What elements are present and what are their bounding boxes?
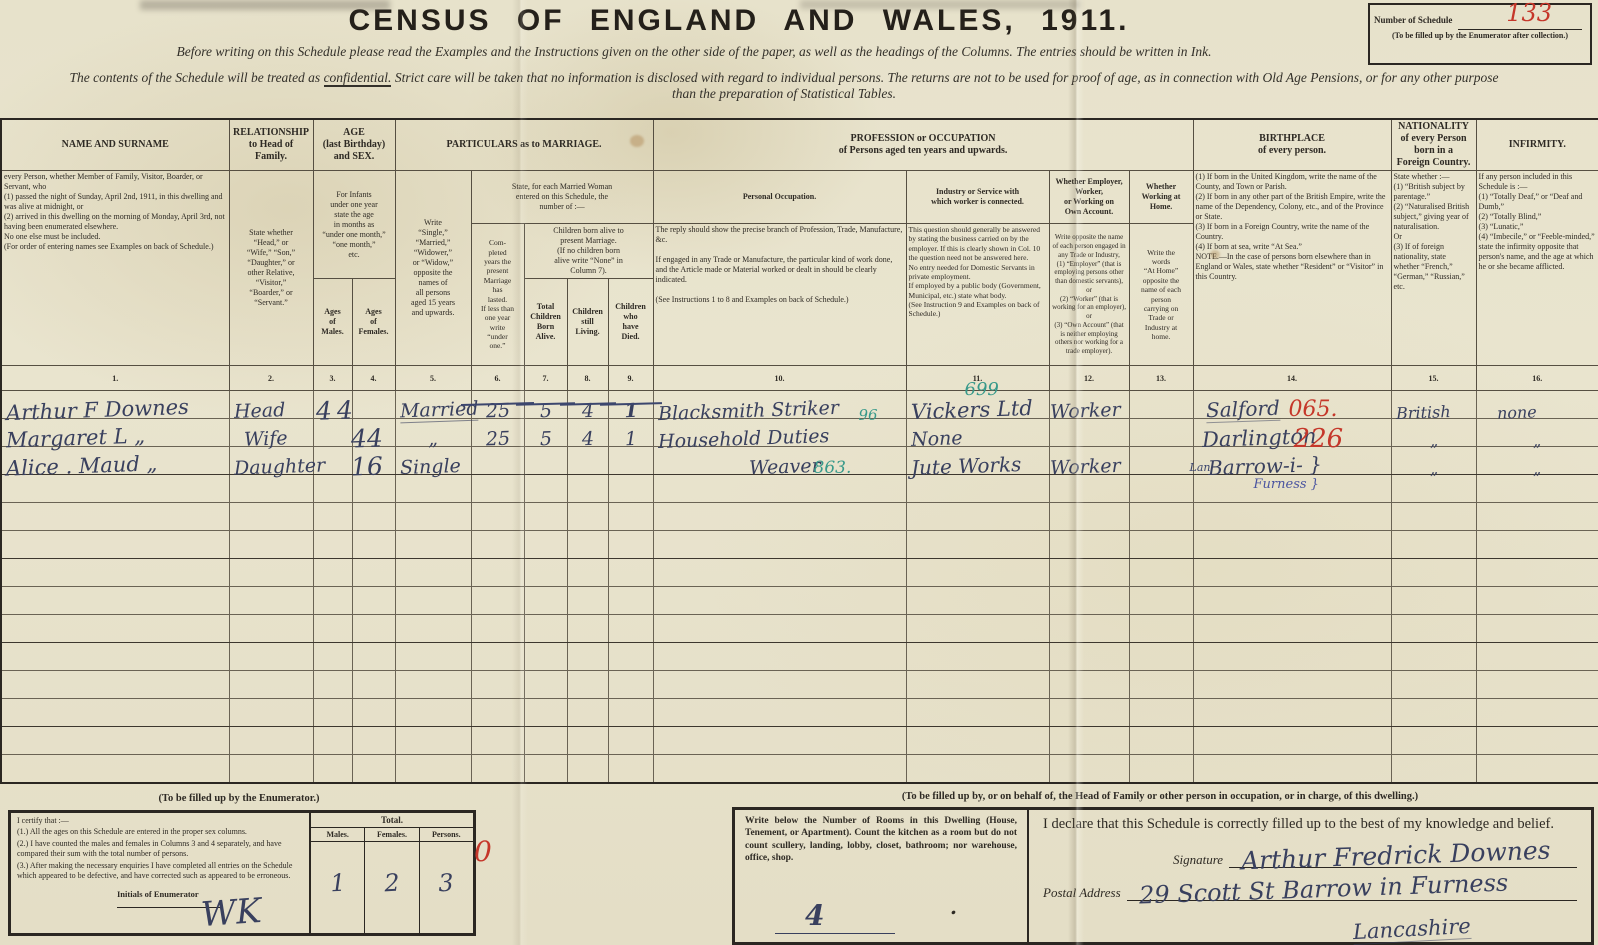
empty-cell bbox=[395, 475, 471, 503]
totals-females-label: Females. bbox=[365, 828, 419, 841]
table-row-empty bbox=[1, 643, 1598, 671]
empty-cell bbox=[352, 559, 395, 587]
declaration-cell: I declare that this Schedule is correctl… bbox=[1029, 810, 1591, 942]
hw-birthplace-sub: Furness } bbox=[1254, 477, 1319, 492]
empty-cell bbox=[1129, 699, 1193, 727]
empty-cell bbox=[1476, 559, 1598, 587]
cell-nationality: British bbox=[1391, 391, 1476, 419]
cell-at-home bbox=[1129, 419, 1193, 447]
empty-cell bbox=[1391, 587, 1476, 615]
cell-relationship: Wife bbox=[229, 419, 313, 447]
empty-cell bbox=[471, 531, 524, 559]
empty-cell bbox=[1476, 475, 1598, 503]
empty-cell bbox=[1129, 727, 1193, 755]
cert-item-3: (3.) After making the necessary enquirie… bbox=[17, 861, 303, 882]
empty-cell bbox=[395, 615, 471, 643]
postal-line: 29 Scott St Barrow in Furness bbox=[1127, 882, 1577, 901]
empty-cell bbox=[567, 559, 608, 587]
empty-cell bbox=[608, 615, 653, 643]
empty-cell bbox=[1193, 671, 1391, 699]
empty-cell bbox=[567, 727, 608, 755]
empty-cell bbox=[1, 727, 229, 755]
enumerator-heading: (To be filled up by the Enumerator.) bbox=[8, 793, 470, 804]
col-number: 3. bbox=[313, 366, 352, 391]
schedule-number-line bbox=[1458, 29, 1582, 30]
col-number: 4. bbox=[352, 366, 395, 391]
empty-cell bbox=[567, 643, 608, 671]
empty-cell bbox=[524, 727, 567, 755]
cell-age-female: 44 bbox=[352, 419, 395, 447]
empty-cell bbox=[1476, 615, 1598, 643]
table-row-empty bbox=[1, 615, 1598, 643]
col-name-title: NAME AND SURNAME bbox=[1, 119, 229, 171]
page-header: CENSUS OF ENGLAND AND WALES, 1911. Befor… bbox=[0, 0, 1598, 118]
table-row-empty bbox=[1, 503, 1598, 531]
empty-cell bbox=[1476, 503, 1598, 531]
col-nationality-desc: State whether :— (1) “British subject by… bbox=[1391, 171, 1476, 366]
empty-cell bbox=[1049, 671, 1129, 699]
empty-cell bbox=[395, 531, 471, 559]
col-number: 10. bbox=[653, 366, 906, 391]
empty-cell bbox=[1193, 503, 1391, 531]
col-number: 14. bbox=[1193, 366, 1391, 391]
totals-header: Total. bbox=[311, 813, 473, 828]
empty-cell bbox=[471, 475, 524, 503]
totals-males-cell: 1 bbox=[311, 842, 365, 933]
empty-cell bbox=[608, 587, 653, 615]
cell-children-living bbox=[567, 447, 608, 475]
empty-cell bbox=[1049, 475, 1129, 503]
empty-cell bbox=[653, 503, 906, 531]
col-name-desc: every Person, whether Member of Family, … bbox=[1, 171, 229, 366]
cell-children-born bbox=[524, 447, 567, 475]
cell-at-home bbox=[1129, 391, 1193, 419]
empty-cell bbox=[906, 699, 1049, 727]
empty-cell bbox=[524, 475, 567, 503]
hw-total-persons: 3 bbox=[438, 869, 455, 898]
col-at-home-title: Whether Working at Home. bbox=[1129, 171, 1193, 224]
empty-cell bbox=[313, 503, 352, 531]
empty-cell bbox=[395, 643, 471, 671]
hw-total-females: 2 bbox=[384, 869, 401, 898]
empty-cell bbox=[1049, 531, 1129, 559]
empty-cell bbox=[1129, 475, 1193, 503]
col-marital-desc: Write “Single,” “Married,” “Widower,” or… bbox=[395, 171, 471, 366]
empty-cell bbox=[1129, 559, 1193, 587]
empty-cell bbox=[567, 503, 608, 531]
empty-cell bbox=[352, 475, 395, 503]
empty-cell bbox=[1, 587, 229, 615]
confidential-rest: Strict care will be taken that no inform… bbox=[391, 70, 1498, 85]
empty-cell bbox=[524, 643, 567, 671]
cert-item-1: (1.) All the ages on this Schedule are e… bbox=[17, 827, 303, 837]
group-occupation-title: PROFESSION or OCCUPATION of Persons aged… bbox=[653, 119, 1193, 171]
postal-label: Postal Address bbox=[1043, 885, 1121, 901]
empty-cell bbox=[471, 503, 524, 531]
empty-cell bbox=[653, 727, 906, 755]
cell-years-married: 25 bbox=[471, 419, 524, 447]
col-number: 12. bbox=[1049, 366, 1129, 391]
totals-males-label: Males. bbox=[311, 828, 365, 841]
empty-cell bbox=[1391, 475, 1476, 503]
cell-nationality: „ bbox=[1391, 447, 1476, 475]
table-row-empty bbox=[1, 671, 1598, 699]
col-ages-males-label: Ages of Males. bbox=[313, 279, 352, 366]
industry-code: 699 bbox=[965, 379, 999, 400]
empty-cell bbox=[1129, 671, 1193, 699]
empty-cell bbox=[653, 699, 906, 727]
cell-employment bbox=[1049, 419, 1129, 447]
empty-cell bbox=[313, 587, 352, 615]
cell-industry: Vickers Ltd699 bbox=[906, 391, 1049, 419]
col-industry-desc: This question should generally be answer… bbox=[906, 224, 1049, 366]
column-number-row: 1. 2. 3. 4. 5. 6. 7. 8. 9. 10. 11. 12. 1… bbox=[1, 366, 1598, 391]
cell-infirmity: none bbox=[1476, 391, 1598, 419]
empty-cell bbox=[471, 699, 524, 727]
cell-age-female bbox=[352, 391, 395, 419]
empty-cell bbox=[313, 643, 352, 671]
totals-females-cell: 2 bbox=[365, 842, 419, 933]
col-number: 1. bbox=[1, 366, 229, 391]
empty-cell bbox=[1049, 559, 1129, 587]
empty-cell bbox=[229, 615, 313, 643]
empty-cell bbox=[1049, 699, 1129, 727]
instruction-line: Before writing on this Schedule please r… bbox=[0, 44, 1388, 60]
col-number: 5. bbox=[395, 366, 471, 391]
empty-cell bbox=[1, 615, 229, 643]
empty-cell bbox=[1391, 727, 1476, 755]
col-number: 16. bbox=[1476, 366, 1598, 391]
signature-row: Signature Arthur Fredrick Downes bbox=[1173, 849, 1577, 868]
col-relationship-title: RELATIONSHIP to Head of Family. bbox=[229, 119, 313, 171]
declaration-text: I declare that this Schedule is correctl… bbox=[1043, 816, 1577, 833]
totals-labels: Males. Females. Persons. bbox=[311, 828, 473, 842]
empty-cell bbox=[608, 671, 653, 699]
cell-employment: Worker bbox=[1049, 391, 1129, 419]
children-header-note: Children born alive to present Marriage.… bbox=[524, 224, 653, 279]
empty-cell bbox=[1391, 615, 1476, 643]
table-row-empty bbox=[1, 475, 1598, 503]
col-number: 8. bbox=[567, 366, 608, 391]
empty-cell bbox=[608, 559, 653, 587]
table-row-empty bbox=[1, 587, 1598, 615]
table-row-person: Alice . Maud „ Daughter 16 Single Weaver… bbox=[1, 447, 1598, 475]
schedule-number-note: (To be filled up by the Enumerator after… bbox=[1374, 31, 1586, 40]
col-children-living-label: Children still Living. bbox=[567, 279, 608, 366]
col-number: 7. bbox=[524, 366, 567, 391]
cell-children-died: 1 bbox=[608, 391, 653, 419]
hw-postal-county: Lancashire bbox=[1353, 914, 1472, 945]
totals-values: 1 2 3 bbox=[311, 842, 473, 933]
declaration-heading: (To be filled up by, or on behalf of, th… bbox=[732, 791, 1588, 802]
empty-cell bbox=[229, 559, 313, 587]
col-employer-title: Whether Employer, Worker, or Working on … bbox=[1049, 171, 1129, 224]
table-row-empty bbox=[1, 699, 1598, 727]
cell-children-died bbox=[608, 447, 653, 475]
empty-cell bbox=[653, 671, 906, 699]
empty-cell bbox=[906, 671, 1049, 699]
empty-cell bbox=[524, 531, 567, 559]
empty-cell bbox=[471, 587, 524, 615]
empty-cell bbox=[1, 475, 229, 503]
empty-cell bbox=[1193, 699, 1391, 727]
empty-cell bbox=[471, 559, 524, 587]
rooms-line bbox=[775, 933, 895, 934]
empty-cell bbox=[524, 503, 567, 531]
col-number: 9. bbox=[608, 366, 653, 391]
empty-cell bbox=[567, 587, 608, 615]
col-number: 13. bbox=[1129, 366, 1193, 391]
empty-cell bbox=[1193, 587, 1391, 615]
empty-cell bbox=[1476, 643, 1598, 671]
empty-cell bbox=[608, 699, 653, 727]
schedule-number-value: 133 bbox=[1506, 0, 1552, 27]
table-row-empty bbox=[1, 559, 1598, 587]
cell-birthplace: Darlington226 bbox=[1193, 419, 1391, 447]
cell-age-male bbox=[313, 447, 352, 475]
empty-cell bbox=[471, 727, 524, 755]
initials-label: Initials of Enumerator bbox=[117, 889, 199, 899]
census-table: NAME AND SURNAME RELATIONSHIP to Head of… bbox=[0, 118, 1598, 784]
col-number: 2. bbox=[229, 366, 313, 391]
empty-cell bbox=[524, 587, 567, 615]
group-age-sex-title: AGE (last Birthday) and SEX. bbox=[313, 119, 395, 171]
empty-cell bbox=[653, 475, 906, 503]
col-infants-note: For Infants under one year state the age… bbox=[313, 171, 395, 279]
cell-relationship: Head bbox=[229, 391, 313, 419]
empty-cell bbox=[1129, 503, 1193, 531]
col-children-born-label: Total Children Born Alive. bbox=[524, 279, 567, 366]
schedule-number-box: Number of Schedule 133 (To be filled up … bbox=[1368, 3, 1592, 65]
totals-table: Total. Males. Females. Persons. 1 2 3 bbox=[309, 813, 473, 933]
col-industry-title: Industry or Service with which worker is… bbox=[906, 171, 1049, 224]
rooms-instructions: Write below the Number of Rooms in this … bbox=[745, 816, 1017, 863]
census-sheet: CENSUS OF ENGLAND AND WALES, 1911. Befor… bbox=[0, 0, 1598, 945]
declaration-box: Write below the Number of Rooms in this … bbox=[732, 807, 1594, 945]
confidential-line2: than the preparation of Statistical Tabl… bbox=[672, 86, 896, 101]
cell-age-male bbox=[313, 419, 352, 447]
empty-cell bbox=[1391, 559, 1476, 587]
empty-cell bbox=[608, 475, 653, 503]
col-personal-occupation-desc: The reply should show the precise branch… bbox=[653, 224, 906, 366]
empty-cell bbox=[229, 699, 313, 727]
confidential-word: confidential. bbox=[324, 70, 392, 87]
hw-total-males: 1 bbox=[329, 869, 346, 898]
empty-cell bbox=[1391, 699, 1476, 727]
cell-infirmity: „ bbox=[1476, 419, 1598, 447]
empty-cell bbox=[1193, 559, 1391, 587]
cell-occupation: Weaver863. bbox=[653, 447, 906, 475]
empty-cell bbox=[1, 559, 229, 587]
empty-cell bbox=[653, 615, 906, 643]
confidential-prefix: The contents of the Schedule will be tre… bbox=[69, 70, 323, 85]
table-body: Arthur F Downes Head 44 Married 25 5 4 1… bbox=[1, 391, 1598, 783]
empty-cell bbox=[229, 531, 313, 559]
empty-cell bbox=[608, 503, 653, 531]
cell-employment: Worker bbox=[1049, 447, 1129, 475]
table-row-empty bbox=[1, 727, 1598, 755]
empty-cell bbox=[1049, 615, 1129, 643]
empty-cell bbox=[313, 559, 352, 587]
empty-cell bbox=[1, 531, 229, 559]
empty-cell bbox=[906, 531, 1049, 559]
confidential-paragraph: The contents of the Schedule will be tre… bbox=[0, 70, 1568, 102]
hw-red-zero: 0 bbox=[474, 835, 492, 868]
empty-cell bbox=[313, 671, 352, 699]
cell-age-male: 44 bbox=[313, 391, 352, 419]
empty-cell bbox=[1193, 727, 1391, 755]
cell-marriage: Married bbox=[395, 391, 471, 419]
cell-name: Alice . Maud „ bbox=[1, 447, 229, 475]
empty-cell bbox=[567, 475, 608, 503]
empty-cell bbox=[567, 531, 608, 559]
cell-children-living: 4 bbox=[567, 419, 608, 447]
empty-cell bbox=[395, 587, 471, 615]
col-infirmity-title: INFIRMITY. bbox=[1476, 119, 1598, 171]
empty-cell bbox=[567, 671, 608, 699]
col-at-home-desc: Write the words “At Home” opposite the n… bbox=[1129, 224, 1193, 366]
cell-marriage: Single bbox=[395, 447, 471, 475]
empty-cell bbox=[1129, 531, 1193, 559]
cell-name: Margaret L „ bbox=[1, 419, 229, 447]
cell-industry: None bbox=[906, 419, 1049, 447]
cert-item-2: (2.) I have counted the males and female… bbox=[17, 839, 303, 860]
cell-relationship: Daughter bbox=[229, 447, 313, 475]
col-birthplace-title: BIRTHPLACE of every person. bbox=[1193, 119, 1391, 171]
cell-age-female: 16 bbox=[352, 447, 395, 475]
empty-cell bbox=[906, 475, 1049, 503]
empty-cell bbox=[395, 727, 471, 755]
empty-cell bbox=[395, 559, 471, 587]
empty-cell bbox=[524, 699, 567, 727]
col-ages-females-label: Ages of Females. bbox=[352, 279, 395, 366]
empty-cell bbox=[352, 503, 395, 531]
empty-cell bbox=[1193, 531, 1391, 559]
empty-cell bbox=[229, 643, 313, 671]
cell-industry: Jute Works bbox=[906, 447, 1049, 475]
empty-cell bbox=[608, 643, 653, 671]
empty-cell bbox=[653, 587, 906, 615]
empty-cell bbox=[229, 503, 313, 531]
hw-postal-address: 29 Scott St Barrow in Furness bbox=[1138, 869, 1508, 910]
enumerator-box: I certify that :— (1.) All the ages on t… bbox=[8, 810, 476, 936]
totals-persons-label: Persons. bbox=[420, 828, 473, 841]
empty-cell bbox=[653, 531, 906, 559]
empty-cell bbox=[1049, 727, 1129, 755]
signature-line: Arthur Fredrick Downes bbox=[1229, 849, 1577, 868]
cell-occupation: Household Duties bbox=[653, 419, 906, 447]
empty-cell bbox=[352, 699, 395, 727]
empty-cell bbox=[471, 671, 524, 699]
empty-cell bbox=[524, 671, 567, 699]
empty-cell bbox=[229, 727, 313, 755]
cell-birthplace: LanBarrow-i- }Furness } bbox=[1193, 447, 1391, 475]
empty-cell bbox=[395, 503, 471, 531]
table-row-person: Margaret L „ Wife 44 „ 25 5 4 1 Househol… bbox=[1, 419, 1598, 447]
empty-cell bbox=[1476, 587, 1598, 615]
col-birthplace-desc: (1) If born in the United Kingdom, write… bbox=[1193, 171, 1391, 366]
totals-persons-cell: 3 bbox=[420, 842, 473, 933]
cell-children-born: 5 bbox=[524, 419, 567, 447]
table-row-empty bbox=[1, 531, 1598, 559]
empty-cell bbox=[524, 615, 567, 643]
empty-cell bbox=[1391, 531, 1476, 559]
empty-cell bbox=[906, 615, 1049, 643]
empty-cell bbox=[313, 531, 352, 559]
empty-cell bbox=[1129, 615, 1193, 643]
empty-cell bbox=[352, 587, 395, 615]
empty-cell bbox=[1476, 671, 1598, 699]
empty-cell bbox=[608, 531, 653, 559]
cell-children-died: 1 bbox=[608, 419, 653, 447]
empty-cell bbox=[1049, 643, 1129, 671]
empty-cell bbox=[906, 503, 1049, 531]
col-nationality-title: NATIONALITY of every Person born in a Fo… bbox=[1391, 119, 1476, 171]
empty-cell bbox=[352, 643, 395, 671]
empty-cell bbox=[229, 475, 313, 503]
empty-cell bbox=[906, 559, 1049, 587]
empty-cell bbox=[1391, 503, 1476, 531]
empty-cell bbox=[1, 503, 229, 531]
empty-cell bbox=[1, 699, 229, 727]
empty-cell bbox=[524, 559, 567, 587]
empty-cell bbox=[1049, 587, 1129, 615]
rooms-cell: Write below the Number of Rooms in this … bbox=[735, 810, 1029, 942]
empty-cell bbox=[1129, 587, 1193, 615]
empty-cell bbox=[1, 643, 229, 671]
empty-cell bbox=[395, 699, 471, 727]
table-row-person: Arthur F Downes Head 44 Married 25 5 4 1… bbox=[1, 391, 1598, 419]
empty-cell bbox=[906, 643, 1049, 671]
empty-cell bbox=[1, 671, 229, 699]
empty-cell bbox=[1049, 503, 1129, 531]
empty-cell bbox=[471, 643, 524, 671]
empty-cell bbox=[1391, 671, 1476, 699]
col-personal-occupation-title: Personal Occupation. bbox=[653, 171, 906, 224]
empty-cell bbox=[1391, 643, 1476, 671]
empty-cell bbox=[313, 475, 352, 503]
empty-cell bbox=[313, 699, 352, 727]
empty-cell bbox=[608, 727, 653, 755]
col-children-died-label: Children who have Died. bbox=[608, 279, 653, 366]
empty-cell bbox=[653, 643, 906, 671]
empty-cell bbox=[313, 727, 352, 755]
empty-cell bbox=[1476, 531, 1598, 559]
cell-occupation: Blacksmith Striker96 bbox=[653, 391, 906, 419]
empty-cell bbox=[1193, 615, 1391, 643]
page-title: CENSUS OF ENGLAND AND WALES, 1911. bbox=[120, 4, 1358, 38]
hw-rooms-dot: . bbox=[950, 894, 957, 920]
col-relationship-desc: State whether “Head,” or “Wife,” “Son,” … bbox=[229, 171, 313, 366]
cell-nationality: „ bbox=[1391, 419, 1476, 447]
empty-cell bbox=[567, 699, 608, 727]
empty-cell bbox=[471, 615, 524, 643]
empty-cell bbox=[1476, 699, 1598, 727]
empty-cell bbox=[229, 587, 313, 615]
col-number: 15. bbox=[1391, 366, 1476, 391]
empty-cell bbox=[395, 671, 471, 699]
schedule-number-label: Number of Schedule bbox=[1374, 15, 1452, 25]
empty-cell bbox=[1476, 727, 1598, 755]
cell-birthplace: Salford065. bbox=[1193, 391, 1391, 419]
empty-cell bbox=[1129, 643, 1193, 671]
empty-cell bbox=[229, 671, 313, 699]
cell-years-married bbox=[471, 447, 524, 475]
cert-intro: I certify that :— bbox=[17, 816, 303, 826]
empty-cell bbox=[1193, 643, 1391, 671]
cell-name: Arthur F Downes bbox=[1, 391, 229, 419]
empty-cell bbox=[653, 559, 906, 587]
